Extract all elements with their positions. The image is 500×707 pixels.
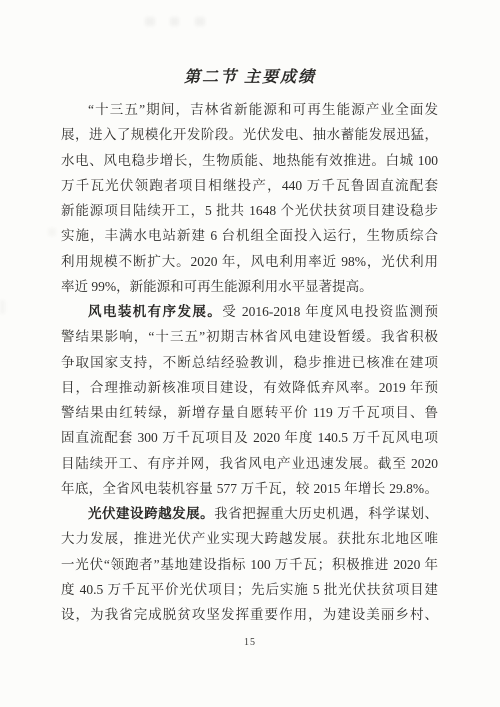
text-run: 受 2016-2018 年度风电投资监测预 xyxy=(222,304,438,319)
text-line: 利用规模不断扩大。2020 年，风电利用率近 98%，光伏利用 xyxy=(61,249,438,274)
text-line: 实施，丰满水电站新建 6 台机组全面投入运行，生物质综合 xyxy=(61,223,438,248)
scan-artifact xyxy=(170,17,179,26)
paragraph-wind-power: 风电装机有序发展。受 2016-2018 年度风电投资监测预 警结果影响，“十三… xyxy=(61,299,438,501)
text-line: 率近 99%，新能源和可再生能源利用水平显著提高。 xyxy=(61,274,438,299)
text-line: 风电装机有序发展。受 2016-2018 年度风电投资监测预 xyxy=(61,299,438,324)
text-line: 大力发展，推进光伏产业实现大跨越发展。获批东北地区唯 xyxy=(61,526,438,551)
text-line: 光伏建设跨越发展。我省把握重大历史机遇，科学谋划、 xyxy=(61,501,438,526)
document-body: “十三五”期间，吉林省新能源和可再生能源产业全面发 展，进入了规模化开发阶段。光… xyxy=(61,97,438,627)
text-line: “十三五”期间，吉林省新能源和可再生能源产业全面发 xyxy=(61,97,438,122)
text-line: 万千瓦光伏领跑者项目相继投产，440 万千瓦鲁固直流配套 xyxy=(61,173,438,198)
scan-artifact xyxy=(145,17,155,26)
scan-artifact xyxy=(195,17,205,26)
text-run: 我省把握重大历史机遇，科学谋划、 xyxy=(214,506,438,521)
text-line: 警结果影响，“十三五”初期吉林省风电建设暂缓。我省积极 xyxy=(61,324,438,349)
paragraph-photovoltaic: 光伏建设跨越发展。我省把握重大历史机遇，科学谋划、 大力发展，推进光伏产业实现大… xyxy=(61,501,438,627)
text-line: 目，合理推动新核准项目建设，有效降低弃风率。2019 年预 xyxy=(61,375,438,400)
text-line: 度 40.5 万千瓦平价光伏项目；先后实施 5 批光伏扶贫项目建 xyxy=(61,577,438,602)
scan-artifact xyxy=(48,228,56,236)
page-number: 15 xyxy=(0,637,500,648)
text-line: 争取国家支持，不断总结经验教训，稳步推进已核准在建项 xyxy=(61,350,438,375)
paragraph-lead-pv: 光伏建设跨越发展。 xyxy=(88,506,214,521)
text-line: 设，为我省完成脱贫攻坚发挥重要作用，为建设美丽乡村、 xyxy=(61,602,438,627)
text-line: 警结果由红转绿，新增存量自愿转平价 119 万千瓦项目、鲁 xyxy=(61,400,438,425)
section-title: 第二节 主要成绩 xyxy=(0,64,500,87)
scan-artifact xyxy=(0,300,5,314)
text-line: 年底，全省风电装机容量 577 万千瓦，较 2015 年增长 29.8%。 xyxy=(61,476,438,501)
text-line: 目陆续开工、有序并网，我省风电产业迅速发展。截至 2020 xyxy=(61,451,438,476)
document-page: 第二节 主要成绩 “十三五”期间，吉林省新能源和可再生能源产业全面发 展，进入了… xyxy=(0,0,500,707)
text-line: 展，进入了规模化开发阶段。光伏发电、抽水蓄能发展迅猛， xyxy=(61,122,438,147)
paragraph-overview: “十三五”期间，吉林省新能源和可再生能源产业全面发 展，进入了规模化开发阶段。光… xyxy=(61,97,438,299)
text-line: 水电、风电稳步增长，生物质能、地热能有效推进。白城 100 xyxy=(61,148,438,173)
paragraph-lead-wind: 风电装机有序发展。 xyxy=(88,304,222,319)
text-line: 一光伏“领跑者”基地建设指标 100 万千瓦；积极推进 2020 年 xyxy=(61,552,438,577)
text-line: 新能源项目陆续开工，5 批共 1648 个光伏扶贫项目建设稳步 xyxy=(61,198,438,223)
text-line: 固直流配套 300 万千瓦项目及 2020 年度 140.5 万千瓦风电项 xyxy=(61,425,438,450)
